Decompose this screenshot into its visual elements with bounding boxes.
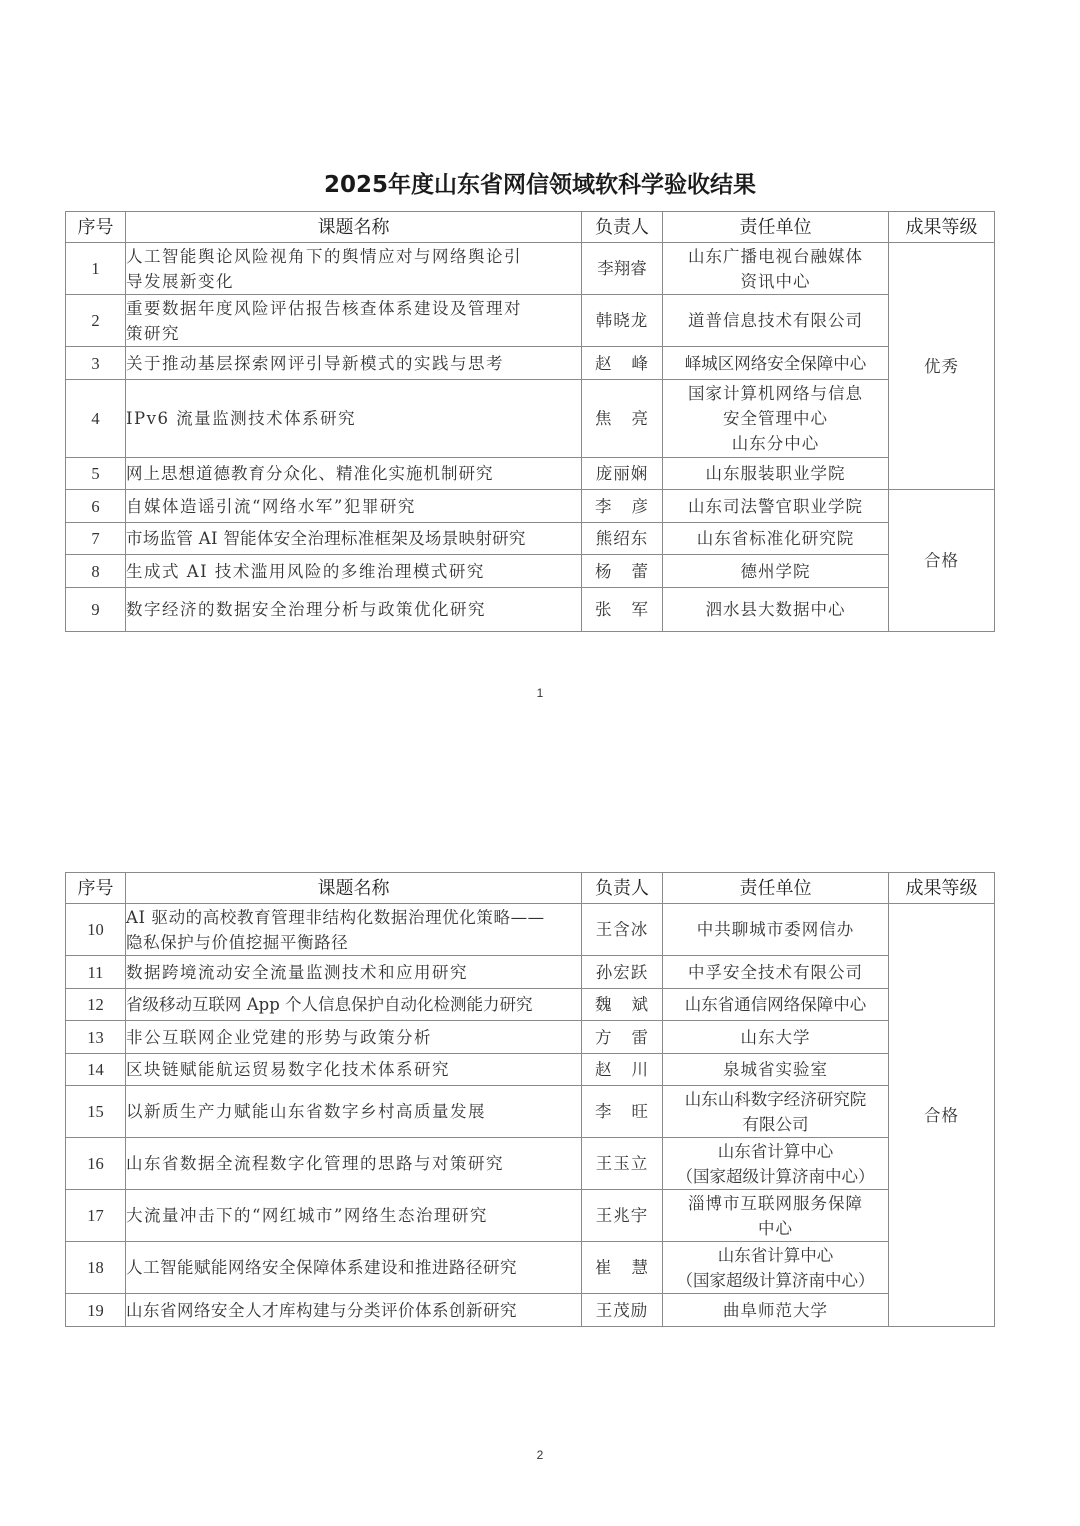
results-table-page-2: 序号 课题名称 负责人 责任单位 成果等级 10 AI 驱动的高校教育管理非结构… — [65, 872, 995, 1327]
row-title: 生成式 AI 技术滥用风险的多维治理模式研究 — [126, 555, 582, 588]
row-title: 关于推动基层探索网评引导新模式的实践与思考 — [126, 347, 582, 380]
table-row: 12 省级移动互联网 App 个人信息保护自动化检测能力研究 魏斌 山东省通信网… — [66, 989, 995, 1021]
header-grade: 成果等级 — [889, 873, 995, 904]
header-title: 课题名称 — [126, 212, 582, 243]
table-row: 1 人工智能舆论风险视角下的舆情应对与网络舆论引导发展新变化 李翔睿 山东广播电… — [66, 243, 995, 295]
row-unit: 中共聊城市委网信办 — [663, 904, 889, 956]
table-row: 4 IPv6 流量监测技术体系研究 焦亮 国家计算机网络与信息安全管理中心山东分… — [66, 380, 995, 458]
row-person: 焦亮 — [582, 380, 663, 458]
row-title: 重要数据年度风险评估报告核查体系建设及管理对策研究 — [126, 295, 582, 347]
row-seq: 3 — [66, 347, 126, 380]
row-unit: 山东大学 — [663, 1021, 889, 1054]
grade-excellent: 优秀 — [889, 243, 995, 490]
row-seq: 10 — [66, 904, 126, 956]
row-title: 区块链赋能航运贸易数字化技术体系研究 — [126, 1054, 582, 1086]
row-person: 崔慧 — [582, 1242, 663, 1294]
row-title: 大流量冲击下的“网红城市”网络生态治理研究 — [126, 1190, 582, 1242]
row-title: 山东省数据全流程数字化管理的思路与对策研究 — [126, 1138, 582, 1190]
row-seq: 19 — [66, 1294, 126, 1327]
row-unit: 中孚安全技术有限公司 — [663, 956, 889, 989]
row-unit: 山东司法警官职业学院 — [663, 490, 889, 523]
table-row: 3 关于推动基层探索网评引导新模式的实践与思考 赵峰 峄城区网络安全保障中心 — [66, 347, 995, 380]
results-table-page-1: 序号 课题名称 负责人 责任单位 成果等级 1 人工智能舆论风险视角下的舆情应对… — [65, 211, 995, 632]
row-person: 孙宏跃 — [582, 956, 663, 989]
row-title: 非公互联网企业党建的形势与政策分析 — [126, 1021, 582, 1054]
page-2: 序号 课题名称 负责人 责任单位 成果等级 10 AI 驱动的高校教育管理非结构… — [0, 763, 1080, 1526]
table-row: 9 数字经济的数据安全治理分析与政策优化研究 张军 泗水县大数据中心 — [66, 588, 995, 632]
header-unit: 责任单位 — [663, 212, 889, 243]
row-person: 魏斌 — [582, 989, 663, 1021]
row-person: 赵川 — [582, 1054, 663, 1086]
row-person: 王含冰 — [582, 904, 663, 956]
row-unit: 山东省计算中心（国家超级计算济南中心） — [663, 1138, 889, 1190]
row-person: 王兆宇 — [582, 1190, 663, 1242]
row-unit: 山东省标准化研究院 — [663, 523, 889, 555]
table-header-row: 序号 课题名称 负责人 责任单位 成果等级 — [66, 873, 995, 904]
row-title: 网上思想道德教育分众化、精准化实施机制研究 — [126, 458, 582, 490]
row-title: 省级移动互联网 App 个人信息保护自动化检测能力研究 — [126, 989, 582, 1021]
row-unit: 泉城省实验室 — [663, 1054, 889, 1086]
row-title: 数据跨境流动安全流量监测技术和应用研究 — [126, 956, 582, 989]
table-row: 13 非公互联网企业党建的形势与政策分析 方雷 山东大学 — [66, 1021, 995, 1054]
row-title: AI 驱动的高校教育管理非结构化数据治理优化策略——隐私保护与价值挖掘平衡路径 — [126, 904, 582, 956]
header-title: 课题名称 — [126, 873, 582, 904]
table-row: 18 人工智能赋能网络安全保障体系建设和推进路径研究 崔慧 山东省计算中心（国家… — [66, 1242, 995, 1294]
header-person: 负责人 — [582, 212, 663, 243]
table-row: 7 市场监管 AI 智能体安全治理标准框架及场景映射研究 熊绍东 山东省标准化研… — [66, 523, 995, 555]
row-unit: 泗水县大数据中心 — [663, 588, 889, 632]
table-row: 15 以新质生产力赋能山东省数字乡村高质量发展 李旺 山东山科数字经济研究院有限… — [66, 1086, 995, 1138]
row-title: 人工智能舆论风险视角下的舆情应对与网络舆论引导发展新变化 — [126, 243, 582, 295]
table-header-row: 序号 课题名称 负责人 责任单位 成果等级 — [66, 212, 995, 243]
row-title: IPv6 流量监测技术体系研究 — [126, 380, 582, 458]
header-unit: 责任单位 — [663, 873, 889, 904]
row-unit: 山东省计算中心（国家超级计算济南中心） — [663, 1242, 889, 1294]
row-person: 庞丽娴 — [582, 458, 663, 490]
row-seq: 15 — [66, 1086, 126, 1138]
row-person: 李旺 — [582, 1086, 663, 1138]
row-person: 张军 — [582, 588, 663, 632]
row-seq: 11 — [66, 956, 126, 989]
page-number: 2 — [0, 1448, 1080, 1462]
row-unit: 山东省通信网络保障中心 — [663, 989, 889, 1021]
row-seq: 5 — [66, 458, 126, 490]
table-row: 11 数据跨境流动安全流量监测技术和应用研究 孙宏跃 中孚安全技术有限公司 — [66, 956, 995, 989]
row-person: 杨蕾 — [582, 555, 663, 588]
row-seq: 14 — [66, 1054, 126, 1086]
row-person: 王玉立 — [582, 1138, 663, 1190]
row-person: 熊绍东 — [582, 523, 663, 555]
table-row: 6 自媒体造谣引流“网络水军”犯罪研究 李彦 山东司法警官职业学院 合格 — [66, 490, 995, 523]
row-person: 方雷 — [582, 1021, 663, 1054]
row-title: 人工智能赋能网络安全保障体系建设和推进路径研究 — [126, 1242, 582, 1294]
row-seq: 8 — [66, 555, 126, 588]
row-seq: 12 — [66, 989, 126, 1021]
row-seq: 1 — [66, 243, 126, 295]
row-title: 市场监管 AI 智能体安全治理标准框架及场景映射研究 — [126, 523, 582, 555]
table-row: 2 重要数据年度风险评估报告核查体系建设及管理对策研究 韩晓龙 道普信息技术有限… — [66, 295, 995, 347]
row-title: 自媒体造谣引流“网络水军”犯罪研究 — [126, 490, 582, 523]
row-title: 以新质生产力赋能山东省数字乡村高质量发展 — [126, 1086, 582, 1138]
row-person: 李翔睿 — [582, 243, 663, 295]
row-seq: 17 — [66, 1190, 126, 1242]
row-unit: 淄博市互联网服务保障中心 — [663, 1190, 889, 1242]
table-row: 10 AI 驱动的高校教育管理非结构化数据治理优化策略——隐私保护与价值挖掘平衡… — [66, 904, 995, 956]
row-seq: 2 — [66, 295, 126, 347]
grade-pass: 合格 — [889, 904, 995, 1327]
row-person: 李彦 — [582, 490, 663, 523]
header-grade: 成果等级 — [889, 212, 995, 243]
header-person: 负责人 — [582, 873, 663, 904]
row-person: 韩晓龙 — [582, 295, 663, 347]
row-unit: 德州学院 — [663, 555, 889, 588]
row-unit: 山东服装职业学院 — [663, 458, 889, 490]
grade-pass: 合格 — [889, 490, 995, 632]
page-1: 2025年度山东省网信领域软科学验收结果 序号 课题名称 负责人 责任单位 成果… — [0, 0, 1080, 763]
row-title: 数字经济的数据安全治理分析与政策优化研究 — [126, 588, 582, 632]
table-row: 19 山东省网络安全人才库构建与分类评价体系创新研究 王茂励 曲阜师范大学 — [66, 1294, 995, 1327]
row-person: 赵峰 — [582, 347, 663, 380]
row-person: 王茂励 — [582, 1294, 663, 1327]
table-row: 16 山东省数据全流程数字化管理的思路与对策研究 王玉立 山东省计算中心（国家超… — [66, 1138, 995, 1190]
row-seq: 16 — [66, 1138, 126, 1190]
row-unit: 曲阜师范大学 — [663, 1294, 889, 1327]
table-row: 14 区块链赋能航运贸易数字化技术体系研究 赵川 泉城省实验室 — [66, 1054, 995, 1086]
row-unit: 山东山科数字经济研究院有限公司 — [663, 1086, 889, 1138]
row-title: 山东省网络安全人才库构建与分类评价体系创新研究 — [126, 1294, 582, 1327]
row-seq: 13 — [66, 1021, 126, 1054]
header-seq: 序号 — [66, 212, 126, 243]
row-unit: 道普信息技术有限公司 — [663, 295, 889, 347]
row-seq: 7 — [66, 523, 126, 555]
page-number: 1 — [0, 686, 1080, 700]
table-row: 17 大流量冲击下的“网红城市”网络生态治理研究 王兆宇 淄博市互联网服务保障中… — [66, 1190, 995, 1242]
row-unit: 国家计算机网络与信息安全管理中心山东分中心 — [663, 380, 889, 458]
row-unit: 峄城区网络安全保障中心 — [663, 347, 889, 380]
table-row: 8 生成式 AI 技术滥用风险的多维治理模式研究 杨蕾 德州学院 — [66, 555, 995, 588]
row-seq: 9 — [66, 588, 126, 632]
row-seq: 18 — [66, 1242, 126, 1294]
document-title: 2025年度山东省网信领域软科学验收结果 — [0, 170, 1080, 200]
header-seq: 序号 — [66, 873, 126, 904]
table-row: 5 网上思想道德教育分众化、精准化实施机制研究 庞丽娴 山东服装职业学院 — [66, 458, 995, 490]
row-seq: 4 — [66, 380, 126, 458]
row-seq: 6 — [66, 490, 126, 523]
row-unit: 山东广播电视台融媒体资讯中心 — [663, 243, 889, 295]
